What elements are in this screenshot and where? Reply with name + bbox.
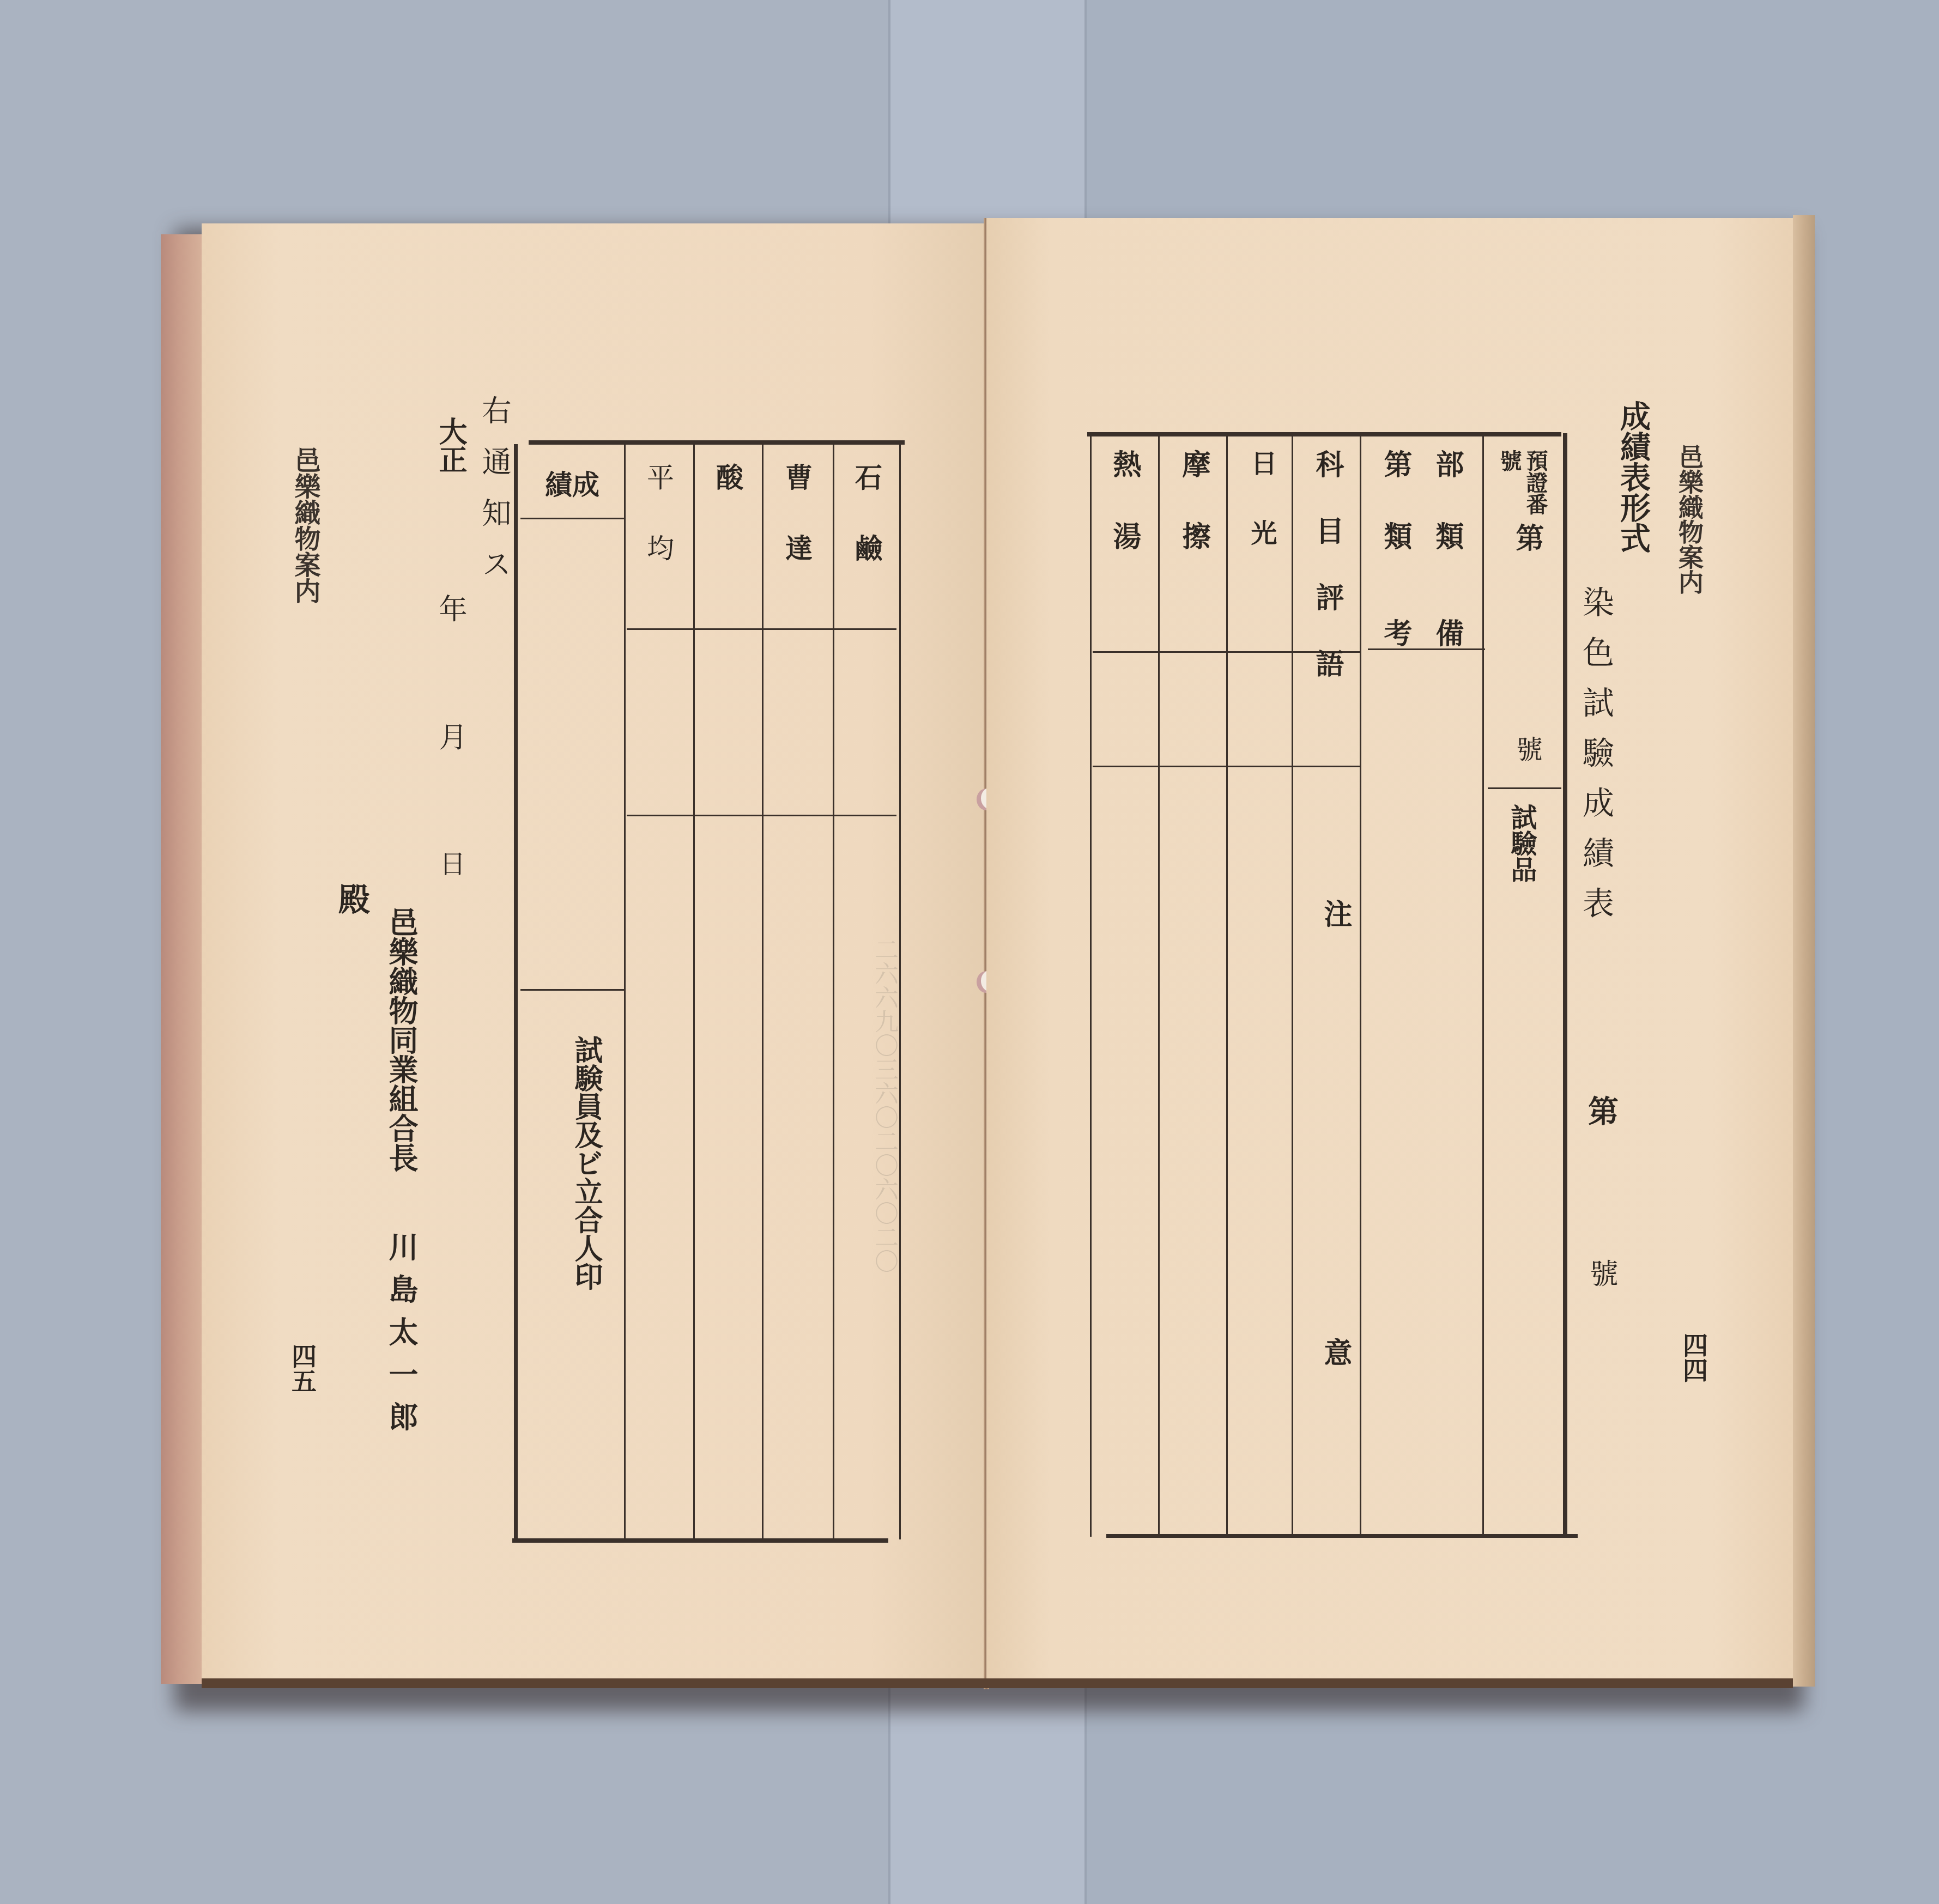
test-column-friction: 摩擦 xyxy=(1177,450,1210,593)
category-column-1: 部類 xyxy=(1431,450,1463,593)
issuer-name: 川島太一郎 xyxy=(384,1232,419,1444)
right-running-head: 邑樂織物案内 xyxy=(1673,444,1706,595)
issuer-title: 邑樂織物同業組合長 xyxy=(384,907,419,1172)
category-column-2-remark: 考 xyxy=(1379,619,1411,647)
right-table-left-rule xyxy=(1090,436,1092,1537)
note-label-bottom: 意 xyxy=(1319,1338,1352,1366)
column-divider xyxy=(833,444,834,1539)
bleed-through: 二六六九〇三六〇二〇六〇二〇 xyxy=(867,937,901,1273)
addressee-suffix: 殿 xyxy=(334,883,369,914)
row-rule xyxy=(627,815,896,816)
date-year: 年 xyxy=(433,594,467,622)
column-header-average: 平均 xyxy=(642,463,675,605)
date-month: 月 xyxy=(433,722,467,750)
row-rule xyxy=(1488,787,1561,789)
test-column-sunlight: 日光 xyxy=(1245,450,1278,589)
deposit-number-header: 預證番號 xyxy=(1496,450,1548,520)
column-divider xyxy=(762,444,764,1539)
column-divider xyxy=(1292,436,1293,1537)
book-cover-edge xyxy=(161,234,204,1684)
row-rule xyxy=(520,989,624,991)
row-rule xyxy=(1093,766,1360,767)
column-divider xyxy=(1360,436,1361,1537)
column-divider xyxy=(1158,436,1160,1537)
left-table-top-rule xyxy=(529,440,905,445)
signature-label: 試験員及ビ立合人印 xyxy=(569,1035,602,1290)
column-header-soap: 石鹼 xyxy=(850,463,883,605)
column-divider xyxy=(624,444,626,1539)
page-stack-edge xyxy=(1793,215,1815,1687)
column-header-result: 成績 xyxy=(545,463,599,502)
test-column-hot-water: 熱湯 xyxy=(1108,450,1141,593)
date-day: 日 xyxy=(433,850,467,876)
deposit-number-prefix: 第 xyxy=(1511,523,1543,551)
category-column-2: 第類 xyxy=(1379,450,1411,593)
sample-label: 試驗品 xyxy=(1507,804,1536,882)
category-column-1-remark: 備 xyxy=(1431,619,1463,647)
form-title: 染色試驗成績表 xyxy=(1578,586,1614,937)
deposit-number-suffix: 號 xyxy=(1511,736,1543,762)
column-divider xyxy=(1482,436,1484,1537)
notice-text: 右通知ス xyxy=(477,395,512,600)
book-bottom-edge xyxy=(202,1678,1793,1688)
evaluation-column-header: 科目評語 xyxy=(1311,450,1343,715)
right-table-bottom-rule xyxy=(1106,1534,1578,1538)
left-table-left-rule xyxy=(514,444,518,1539)
form-number-suffix: 號 xyxy=(1583,1259,1619,1287)
left-running-head: 邑樂織物案内 xyxy=(289,447,322,604)
header-row-rule xyxy=(520,518,624,519)
right-page-number: 四四 xyxy=(1681,1332,1706,1382)
header-row-rule xyxy=(627,628,896,630)
date-era: 大正 xyxy=(433,417,467,474)
note-label-top: 注 xyxy=(1319,899,1352,927)
column-header-acid: 酸 xyxy=(711,463,744,490)
column-divider xyxy=(1226,436,1228,1537)
row-rule xyxy=(1368,648,1485,650)
left-page-number: 四五 xyxy=(286,1343,319,1393)
column-divider xyxy=(693,444,695,1539)
column-header-soda: 曹達 xyxy=(780,463,813,605)
form-number-prefix: 第 xyxy=(1583,1095,1619,1126)
section-title: 成績表形式 xyxy=(1616,401,1651,553)
left-table-bottom-rule xyxy=(512,1538,888,1543)
right-table-right-rule xyxy=(1563,433,1567,1537)
right-page xyxy=(986,218,1793,1684)
